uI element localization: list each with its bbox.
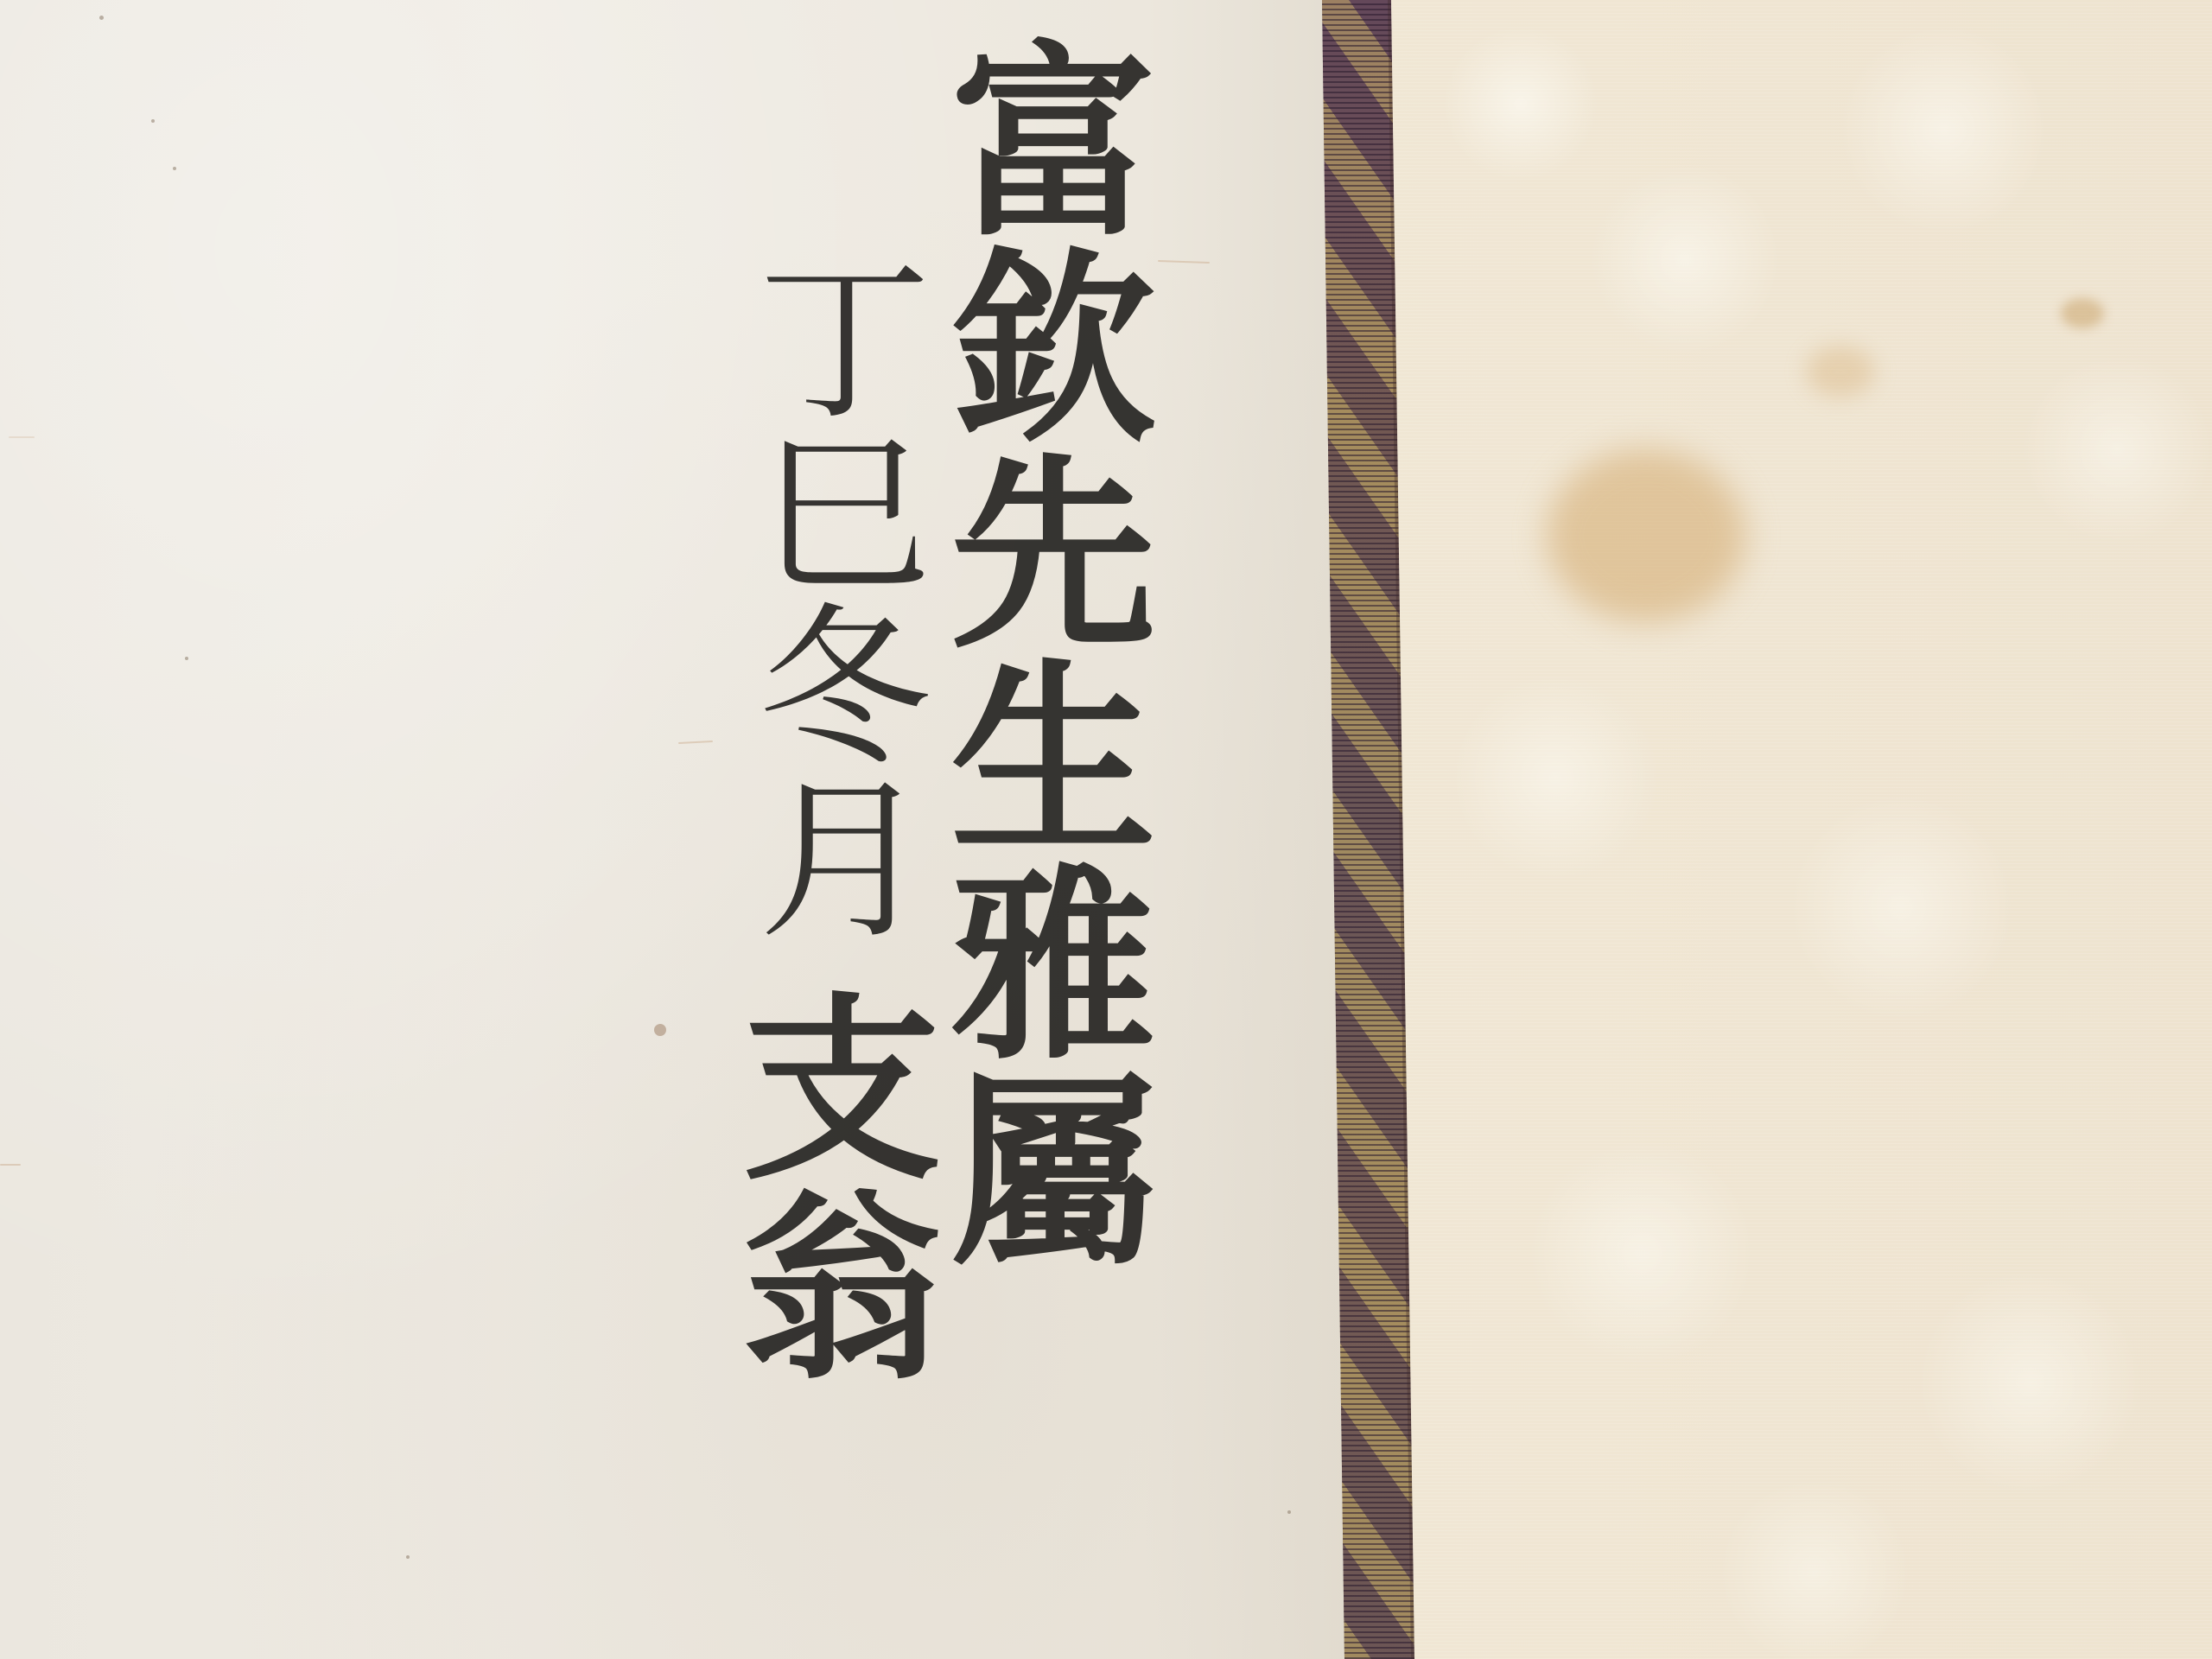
water-stain [1806,346,1875,397]
water-stain [1547,449,1745,622]
paper-speck [185,657,188,660]
paper-speck [406,1555,410,1559]
paper-speck [99,16,104,20]
paper-speck [151,119,155,123]
calligraphy-dedication-column: 富欽先生雅屬 [933,35,1139,1268]
paper-fiber [1158,260,1210,264]
paper-fiber [0,1164,21,1166]
calligraphy-date-column: 丁巳冬月 [743,251,916,942]
calligraphy-signature: 支翁 [726,985,925,1382]
paper-speck [1287,1510,1291,1514]
paper-fiber [678,741,713,744]
scroll-scene: 富欽先生雅屬 丁巳冬月 支翁 [0,0,2212,1659]
paper-speck [173,167,176,170]
paper-fiber [9,436,35,438]
paper-speck [654,1024,666,1036]
water-stain [2061,298,2104,328]
